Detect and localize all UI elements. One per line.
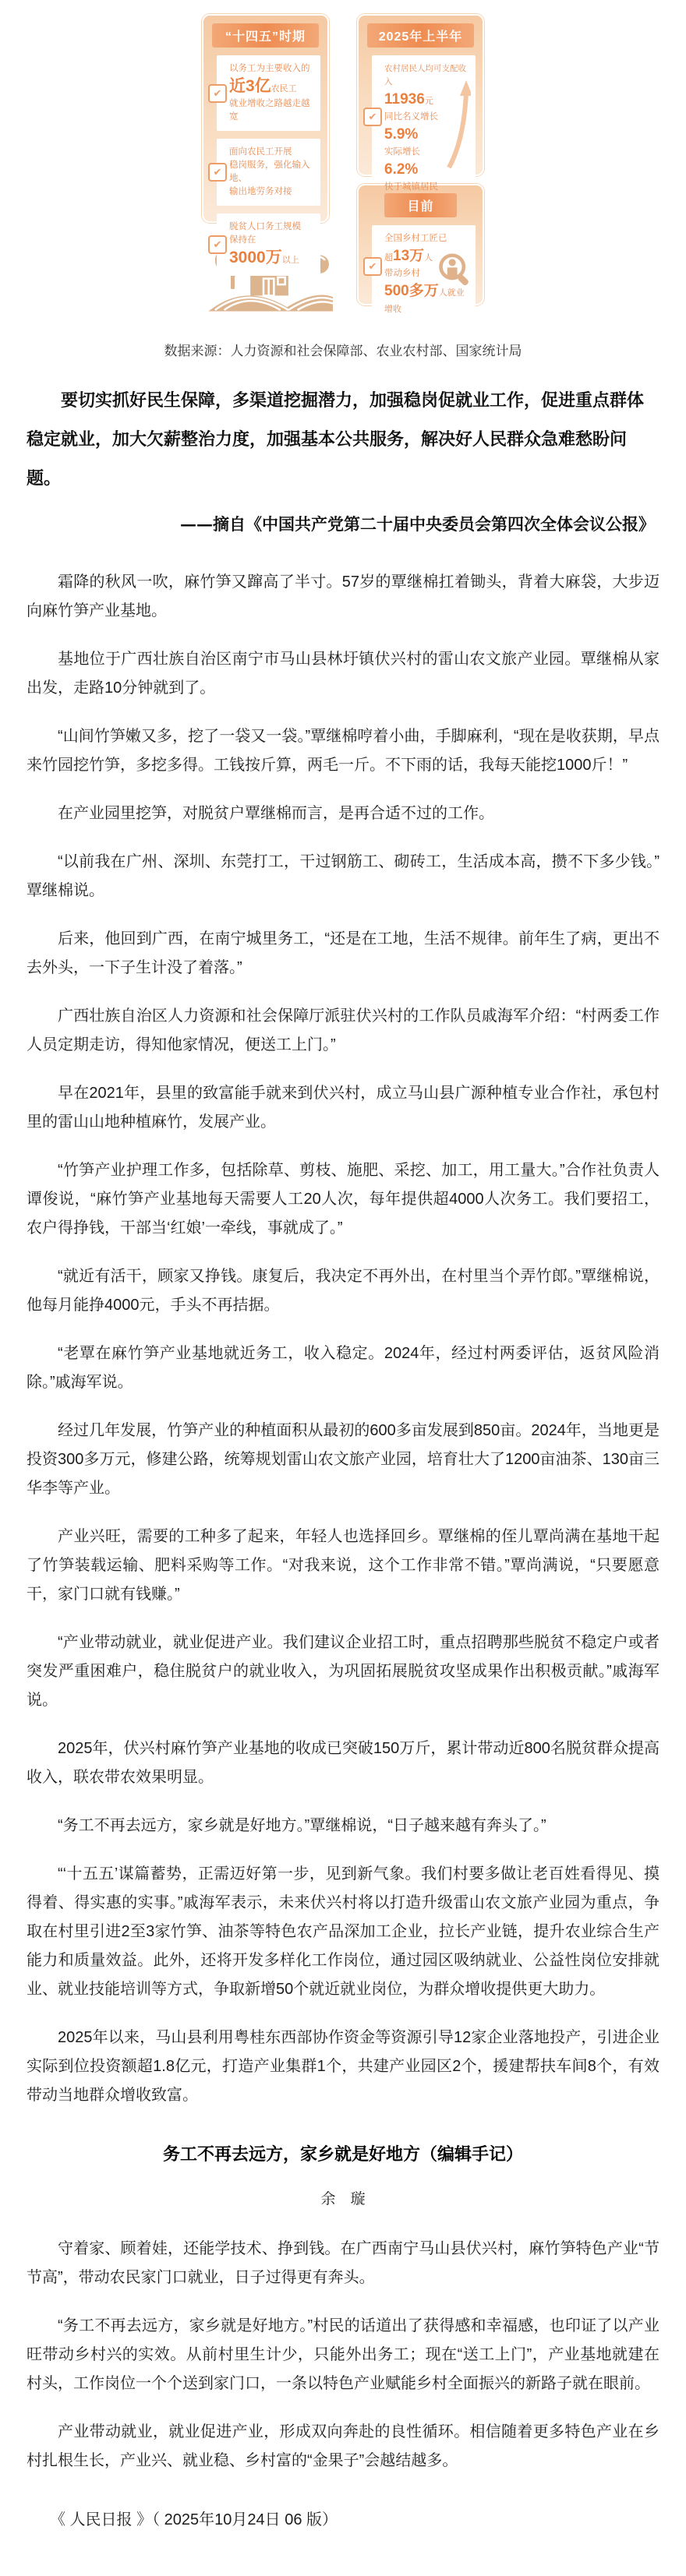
panel-muqian: 目前 ✔ 全国乡村工匠已 超13万人 带动乡村 500多万人就业增收 xyxy=(357,184,484,305)
article-paragraph: 霜降的秋风一吹，麻竹笋又蹿高了半寸。57岁的覃继棉扛着锄头，背着大麻袋，大步迈向… xyxy=(27,568,659,626)
editors-note-heading: 务工不再去远方，家乡就是好地方（编辑手记） xyxy=(27,2141,659,2165)
stat-big-number: 近3亿 xyxy=(229,77,271,95)
stat-item: ✔ 农村居民人均可支配收入 11936元 同比名义增长 5.9% 实际增长 6.… xyxy=(372,55,476,178)
article-paragraph: 后来，他回到广西，在南宁城里务工，“还是在工地，生活不规律。前年生了病，更出不去… xyxy=(27,925,659,983)
panel-muqian-title: 目前 xyxy=(384,193,457,217)
editors-note-paragraph: 产业带动就业，就业促进产业，形成双向奔赴的良性循环。相信随着更多特色产业在乡村扎… xyxy=(27,2418,659,2475)
article-paragraph: “老覃在麻竹笋产业基地就近务工，收入稳定。2024年，经过村两委评估，返贫风险消… xyxy=(27,1339,659,1397)
check-icon: ✔ xyxy=(208,235,227,254)
infographic-right-column: 2025年上半年 ✔ 农村居民人均可支配收入 11936元 同比名义增长 5.9… xyxy=(357,14,484,312)
panel-2025-title: 2025年上半年 xyxy=(367,23,474,48)
editors-note-paragraph: 守着家、顾着娃，还能学技术、挣到钱。在广西南宁马山县伏兴村，麻竹笋特色产业“节节… xyxy=(27,2235,659,2292)
stat-number-line: 近3亿农民工 xyxy=(229,76,316,97)
article-paragraph: 产业兴旺，需要的工种多了起来，年轻人也选择回乡。覃继棉的侄儿覃尚满在基地干起了竹… xyxy=(27,1523,659,1609)
article-paragraph: “产业带动就业，就业促进产业。我们建议企业招工时，重点招聘那些脱贫不稳定户或者突… xyxy=(27,1629,659,1715)
article-paragraph: “竹笋产业护理工作多，包括除草、剪枝、施肥、采挖、加工，用工量大。”合作社负责人… xyxy=(27,1156,659,1243)
stat-text: 全国乡村工匠已 xyxy=(384,232,472,245)
up-arrow-icon xyxy=(446,79,471,171)
article-paragraph: “‘十五五’谋篇蓄势，正需迈好第一步，见到新气象。我们村要多做让老百姓看得见、摸… xyxy=(27,1860,659,2004)
article-paragraph: 在产业园里挖笋，对脱贫户覃继棉而言，是再合适不过的工作。 xyxy=(27,799,659,828)
stat-prefix: 超 xyxy=(384,253,393,263)
plenary-quote-block: 要切实抓好民生保障，多渠道挖掘潜力，加强稳岗促就业工作，促进重点群体稳定就业，加… xyxy=(27,381,659,535)
stat-big-number: 3000万 xyxy=(229,249,282,266)
article-page: “十四五”时期 ✔ 以务工为主要收入的 近3亿农民工 就业增收之路越走越宽 ✔ … xyxy=(0,0,686,2529)
stat-number-line: 3000万以上 xyxy=(229,248,316,268)
panel-2025: 2025年上半年 ✔ 农村居民人均可支配收入 11936元 同比名义增长 5.9… xyxy=(357,14,484,176)
stat-text: 就业增收之路越走越宽 xyxy=(229,97,316,124)
stat-big-number: 5.9% xyxy=(384,126,418,143)
stat-text: 以务工为主要收入的 xyxy=(229,62,316,76)
stat-item: ✔ 全国乡村工匠已 超13万人 带动乡村 500多万人就业增收 xyxy=(372,225,476,308)
article-paragraph: “务工不再去远方，家乡就是好地方。”覃继棉说，“日子越来越有奔头了。” xyxy=(27,1812,659,1840)
check-icon: ✔ xyxy=(208,163,227,182)
article-body: 霜降的秋风一吹，麻竹笋又蹿高了半寸。57岁的覃继棉扛着锄头，背着大麻袋，大步迈向… xyxy=(27,568,659,2110)
quote-text: 要切实抓好民生保障，多渠道挖掘潜力，加强稳岗促就业工作，促进重点群体稳定就业，加… xyxy=(27,381,659,498)
stat-big-number: 500多万 xyxy=(384,283,439,299)
panel-shisiwu-title: “十四五”时期 xyxy=(212,23,319,48)
stat-big-number: 6.2% xyxy=(384,161,418,178)
check-icon: ✔ xyxy=(363,108,382,126)
panel-shisiwu: “十四五”时期 ✔ 以务工为主要收入的 近3亿农民工 就业增收之路越走越宽 ✔ … xyxy=(202,14,329,223)
stat-unit: 以上 xyxy=(282,256,299,265)
article-paragraph: 经过几年发展，竹笋产业的种植面积从最初的600多亩发展到850亩。2024年，当… xyxy=(27,1417,659,1503)
stat-big-number: 13万 xyxy=(393,248,424,264)
article-paragraph: “以前我在广州、深圳、东莞打工，干过钢筋工、砌砖工，生活成本高，攒不下多少钱。”… xyxy=(27,848,659,905)
article-paragraph: 广西壮族自治区人力资源和社会保障厅派驻伏兴村的工作队员戚海军介绍：“村两委工作人… xyxy=(27,1002,659,1060)
craftsman-magnifier-icon xyxy=(437,252,471,289)
article-paragraph: 早在2021年，县里的致富能手就来到伏兴村，成立马山县广源种植专业合作社，承包村… xyxy=(27,1079,659,1137)
article-paragraph: “山间竹笋嫩又多，挖了一袋又一袋。”覃继棉哼着小曲，手脚麻利，“现在是收获期，早… xyxy=(27,722,659,780)
article-paragraph: 2025年以来，马山县利用粤桂东西部协作资金等资源引导12家企业落地投产，引进企… xyxy=(27,2024,659,2110)
article-paragraph: 基地位于广西壮族自治区南宁市马山县林圩镇伏兴村的雷山农文旅产业园。覃继棉从家出发… xyxy=(27,645,659,703)
stat-text: 同比名义增长 xyxy=(384,111,445,124)
stat-text: 快于城镇居民 xyxy=(384,181,445,194)
data-source-caption: 数据来源：人力资源和社会保障部、农业农村部、国家统计局 xyxy=(0,340,686,359)
publication-source-line: 《 人民日报 》（ 2025年10月24日 06 版） xyxy=(27,2507,659,2529)
stat-unit: 农民工 xyxy=(271,84,297,94)
editors-note-paragraph: “务工不再去远方，家乡就是好地方。”村民的话道出了获得感和幸福感，也印证了以产业… xyxy=(27,2312,659,2398)
quote-attribution: ——摘自《中国共产党第二十届中央委员会第四次全体会议公报》 xyxy=(31,512,655,535)
article-paragraph: “就近有活干，顾家又挣钱。康复后，我决定不再外出，在村里当个弄竹郎。”覃继棉说，… xyxy=(27,1262,659,1320)
stat-text: 脱贫人口务工规模 保持在 xyxy=(229,221,316,247)
infographic-left-column: “十四五”时期 ✔ 以务工为主要收入的 近3亿农民工 就业增收之路越走越宽 ✔ … xyxy=(202,14,329,312)
stat-item: ✔ 脱贫人口务工规模 保持在 3000万以上 xyxy=(217,213,320,276)
stat-text: 面向农民工开展 稳岗服务，强化输入地、 输出地劳务对接 xyxy=(229,146,316,199)
article-paragraph: 2025年，伏兴村麻竹笋产业基地的收成已突破150万斤，累计带动近800名脱贫群… xyxy=(27,1734,659,1792)
stat-big-number: 11936 xyxy=(384,91,425,108)
stat-item: ✔ 面向农民工开展 稳岗服务，强化输入地、 输出地劳务对接 xyxy=(217,139,320,206)
stat-unit: 元 xyxy=(425,97,433,106)
infographic: “十四五”时期 ✔ 以务工为主要收入的 近3亿农民工 就业增收之路越走越宽 ✔ … xyxy=(202,14,484,312)
stat-unit: 人 xyxy=(424,253,433,263)
stat-item: ✔ 以务工为主要收入的 近3亿农民工 就业增收之路越走越宽 xyxy=(217,55,320,131)
editors-note-body: 守着家、顾着娃，还能学技术、挣到钱。在广西南宁马山县伏兴村，麻竹笋特色产业“节节… xyxy=(27,2235,659,2475)
editors-note-author: 余 璇 xyxy=(0,2187,686,2208)
check-icon: ✔ xyxy=(363,257,382,276)
check-icon: ✔ xyxy=(208,84,227,103)
stat-text: 实际增长 xyxy=(384,146,445,159)
